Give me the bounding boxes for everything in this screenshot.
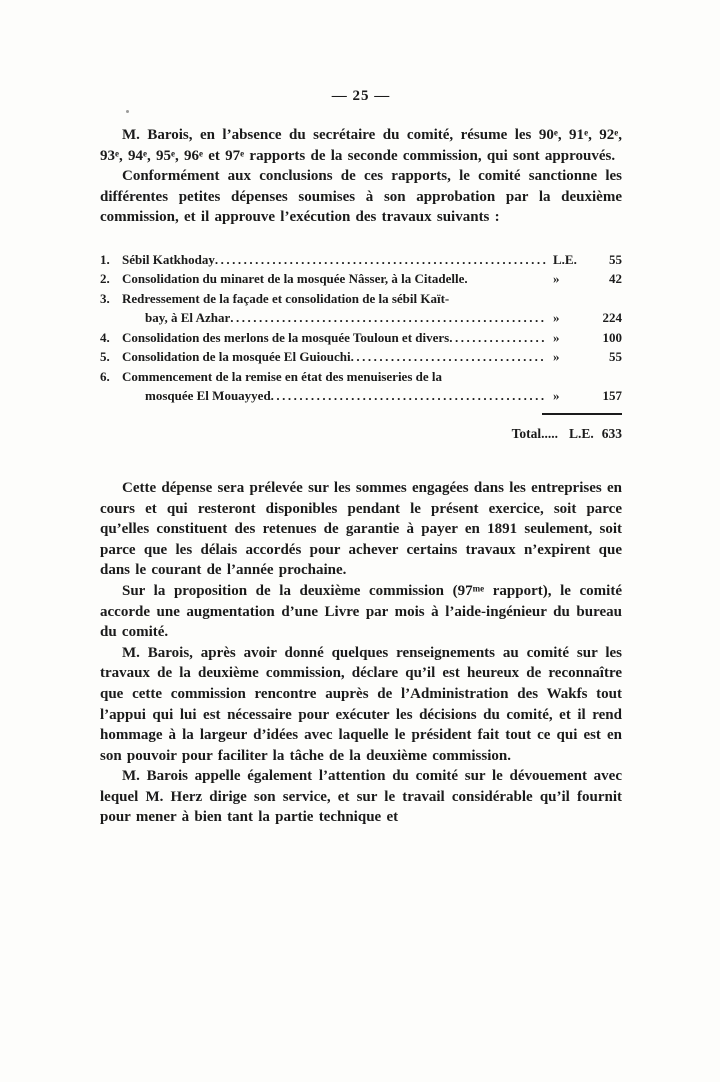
- dot-leader: [215, 250, 546, 270]
- expense-list: 1. Sébil Katkhoday L.E. 55 2. Consolidat…: [100, 250, 622, 406]
- dot-leader: [230, 308, 546, 328]
- item-description: Commencement de la remise en état des me…: [122, 367, 442, 387]
- item-number: 1.: [100, 250, 122, 270]
- item-amount: 55: [588, 347, 622, 367]
- total-row: Total..... L.E. 633: [100, 424, 622, 443]
- expense-item-5: 5. Consolidation de la mosquée El Guiouc…: [100, 347, 622, 367]
- expense-item-4: 4. Consolidation des merlons de la mosqu…: [100, 328, 622, 348]
- item-currency: »: [546, 269, 588, 289]
- total-label: Total.....: [512, 424, 558, 443]
- item-number: 2.: [100, 269, 122, 289]
- item-description-continued: mosquée El Mouayyed: [145, 386, 271, 406]
- item-amount: 224: [588, 308, 622, 328]
- expense-item-1: 1. Sébil Katkhoday L.E. 55: [100, 250, 622, 270]
- item-description: Redressement de la façade et consolidati…: [122, 289, 449, 309]
- item-amount: 42: [588, 269, 622, 289]
- item-number: 5.: [100, 347, 122, 367]
- item-amount: 55: [588, 250, 622, 270]
- paragraph-devouement: M. Barois appelle également l’attention …: [100, 766, 622, 828]
- ink-speck: [126, 110, 129, 113]
- total-rule: [542, 413, 622, 415]
- item-currency: »: [546, 386, 588, 406]
- item-description: Sébil Katkhoday: [122, 250, 215, 270]
- paragraph-renseignements: M. Barois, après avoir donné quelques re…: [100, 643, 622, 767]
- total-amount: 633: [602, 424, 622, 443]
- item-description: Consolidation des merlons de la mosquée …: [122, 328, 449, 348]
- paragraph-conformement: Conformément aux conclusions de ces rapp…: [100, 166, 622, 228]
- item-number: 6.: [100, 367, 122, 387]
- expense-item-3: 3. Redressement de la façade et consolid…: [100, 289, 622, 328]
- item-description: Consolidation de la mosquée El Guiouchi: [122, 347, 351, 367]
- item-currency: L.E.: [546, 250, 588, 270]
- expense-item-6: 6. Commencement de la remise en état des…: [100, 367, 622, 406]
- item-currency: »: [546, 308, 588, 328]
- paragraph-proposition: Sur la proposition de la deuxième commis…: [100, 581, 622, 643]
- paragraph-cette-depense: Cette dépense sera prélevée sur les somm…: [100, 478, 622, 581]
- expense-item-2: 2. Consolidation du minaret de la mosqué…: [100, 269, 622, 289]
- total-currency: L.E.: [569, 424, 594, 443]
- item-amount: 157: [588, 386, 622, 406]
- item-currency: »: [546, 347, 588, 367]
- item-amount: 100: [588, 328, 622, 348]
- item-number: 4.: [100, 328, 122, 348]
- item-number: 3.: [100, 289, 122, 309]
- paragraph-resume-rapports: M. Barois, en l’absence du secrétaire du…: [100, 125, 622, 166]
- dot-leader: [271, 386, 546, 406]
- scanned-page: — 25 — M. Barois, en l’absence du secrét…: [0, 0, 720, 1082]
- item-description-continued: bay, à El Azhar: [145, 308, 230, 328]
- dot-leader: [351, 347, 546, 367]
- dot-leader: [449, 328, 546, 348]
- item-currency: »: [546, 328, 588, 348]
- page-number: — 25 —: [100, 86, 622, 106]
- item-description: Consolidation du minaret de la mosquée N…: [122, 269, 468, 289]
